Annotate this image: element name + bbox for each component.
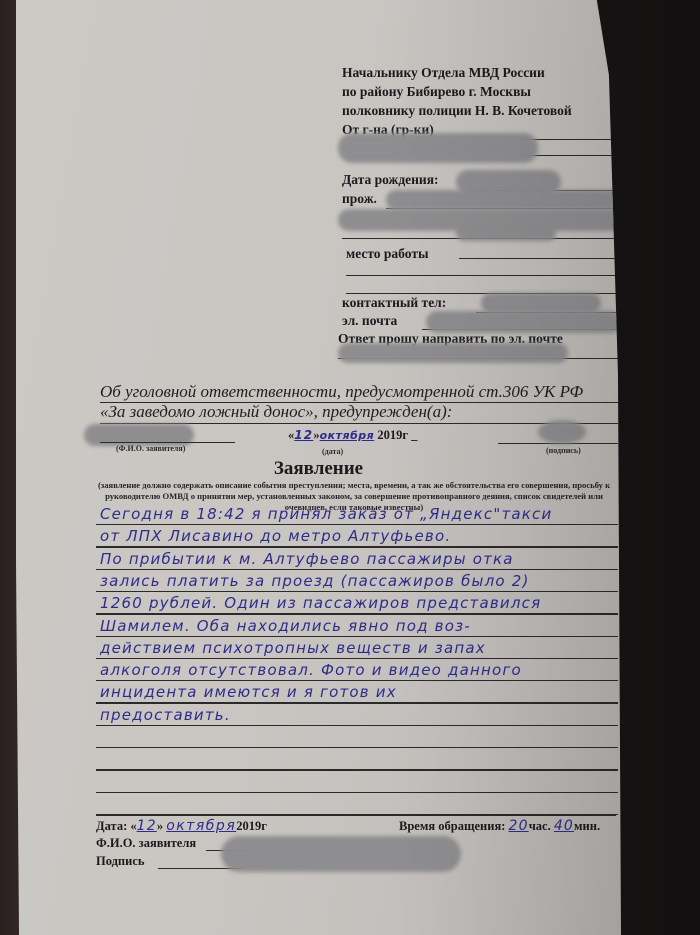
handwritten-line: алкоголя отсутствовал. Фото и видео данн… bbox=[100, 661, 522, 679]
request-time-minutes: 40 bbox=[554, 818, 574, 834]
signature-caption: (подпись) bbox=[546, 446, 581, 455]
footer-date: Дата: «12» октября2019г bbox=[96, 818, 267, 834]
workplace-label: место работы bbox=[346, 244, 429, 263]
footer-date-day: 12 bbox=[137, 818, 157, 834]
ruled-line bbox=[96, 747, 618, 748]
handwritten-line: По прибытии к м. Алтуфьево пассажиры отк… bbox=[100, 550, 514, 568]
handwritten-line: от ЛПХ Лисавино до метро Алтуфьево. bbox=[100, 527, 451, 545]
application-form-paper: Начальнику Отдела МВД России по району Б… bbox=[16, 0, 621, 935]
handwritten-line: действием психотропных веществ и запах bbox=[100, 639, 486, 657]
redacted-residence-3 bbox=[456, 225, 556, 241]
redacted-phone bbox=[481, 293, 601, 313]
warning-date-year: 2019г bbox=[377, 428, 408, 442]
handwritten-line: Сегодня в 18:42 я принял заказ от „Яндек… bbox=[100, 505, 552, 523]
warning-date: «12»октября 2019г _ bbox=[288, 428, 417, 443]
ruled-line bbox=[96, 702, 618, 703]
redacted-name bbox=[338, 133, 538, 163]
date-caption: (дата) bbox=[322, 447, 343, 456]
residence-label: прож. bbox=[342, 189, 377, 208]
footer-date-month: октября bbox=[166, 818, 236, 834]
ruled-line bbox=[96, 636, 618, 637]
redacted-signature bbox=[538, 420, 586, 444]
handwritten-line: предоставить. bbox=[100, 706, 231, 724]
birth-date-label: Дата рождения: bbox=[342, 170, 439, 189]
workplace-underline bbox=[459, 258, 619, 259]
ruled-line bbox=[96, 658, 618, 659]
addressee-line-1: Начальнику Отдела МВД России bbox=[342, 63, 545, 82]
applicant-name-label: Ф.И.О. заявителя bbox=[96, 836, 196, 851]
request-time: Время обращения: 20час. 40мин. bbox=[399, 818, 600, 834]
ruled-line bbox=[96, 569, 618, 570]
footer-separator bbox=[96, 815, 616, 816]
phone-label: контактный тел: bbox=[342, 293, 446, 312]
workplace-underline-2 bbox=[346, 275, 621, 276]
ruled-line bbox=[96, 769, 618, 770]
ruled-line bbox=[96, 613, 618, 614]
redacted-reply-email bbox=[338, 343, 568, 363]
email-label: эл. почта bbox=[342, 311, 397, 330]
redacted-residence-1 bbox=[386, 190, 626, 210]
request-time-label: Время обращения: bbox=[399, 819, 505, 833]
ruled-line bbox=[96, 680, 618, 681]
request-time-hours: 20 bbox=[509, 818, 529, 834]
footer-date-label: Дата: bbox=[96, 819, 127, 833]
handwritten-line: зались платить за проезд (пассажиров был… bbox=[100, 572, 530, 590]
statement-title: Заявление bbox=[16, 458, 621, 480]
ruled-line bbox=[96, 792, 618, 793]
ruled-line bbox=[96, 591, 618, 592]
handwritten-line: Шамилем. Оба находились явно под воз- bbox=[100, 617, 471, 635]
footer-date-year: 2019г bbox=[236, 819, 267, 833]
signature-label: Подпись bbox=[96, 854, 145, 869]
name-caption: (Ф.И.О. заявителя) bbox=[116, 444, 185, 453]
ruled-line bbox=[96, 524, 618, 525]
ruled-line bbox=[96, 546, 618, 547]
addressee-line-2: по району Бибирево г. Москвы bbox=[342, 82, 531, 101]
handwritten-line: 1260 рублей. Один из пассажиров представ… bbox=[100, 594, 541, 612]
handwritten-line: инцидента имеются и я готов их bbox=[100, 683, 397, 701]
liability-warning-line-1: Об уголовной ответственности, предусмотр… bbox=[100, 382, 583, 402]
redacted-applicant-name bbox=[221, 836, 461, 872]
warning-date-month: октября bbox=[320, 429, 375, 442]
addressee-line-3: полковнику полиции Н. В. Кочетовой bbox=[342, 101, 572, 120]
liability-warning-line-2: «За заведомо ложный донос», предупрежден… bbox=[100, 402, 452, 422]
ruled-line bbox=[96, 725, 618, 726]
warning-date-day: 12 bbox=[294, 428, 313, 442]
